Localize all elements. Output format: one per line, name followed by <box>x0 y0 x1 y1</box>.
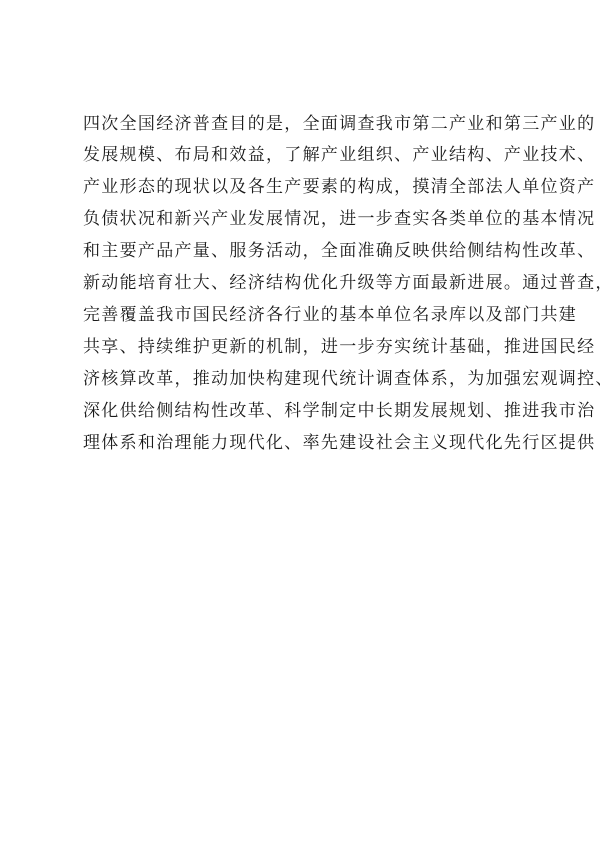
text-line: 负债状况和新兴产业发展情况，进一步查实各类单位的基本情况 <box>83 209 523 229</box>
text-line: 理体系和治理能力现代化、率先建设社会主义现代化先行区提供 <box>83 433 523 453</box>
text-line: 发展规模、布局和效益，了解产业组织、产业结构、产业技术、 <box>83 145 523 165</box>
text-line: 济核算改革，推动加快构建现代统计调查体系，为加强宏观调控、 <box>83 369 523 389</box>
text-line: 和主要产品产量、服务活动，全面准确反映供给侧结构性改革、 <box>83 241 523 261</box>
text-line: 完善覆盖我市国民经济各行业的基本单位名录库以及部门共建 <box>83 305 523 325</box>
text-line: 产业形态的现状以及各生产要素的构成，摸清全部法人单位资产 <box>83 177 523 197</box>
text-line: 共享、持续维护更新的机制，进一步夯实统计基础，推进国民经 <box>83 337 523 357</box>
text-line: 深化供给侧结构性改革、科学制定中长期发展规划、推进我市治 <box>83 401 523 421</box>
document-page: 四次全国经济普查目的是，全面调查我市第二产业和第三产业的 发展规模、布局和效益，… <box>0 0 600 848</box>
text-line: 四次全国经济普查目的是，全面调查我市第二产业和第三产业的 <box>83 114 523 134</box>
text-line: 新动能培育壮大、经济结构优化升级等方面最新进展。通过普查， <box>83 273 523 293</box>
